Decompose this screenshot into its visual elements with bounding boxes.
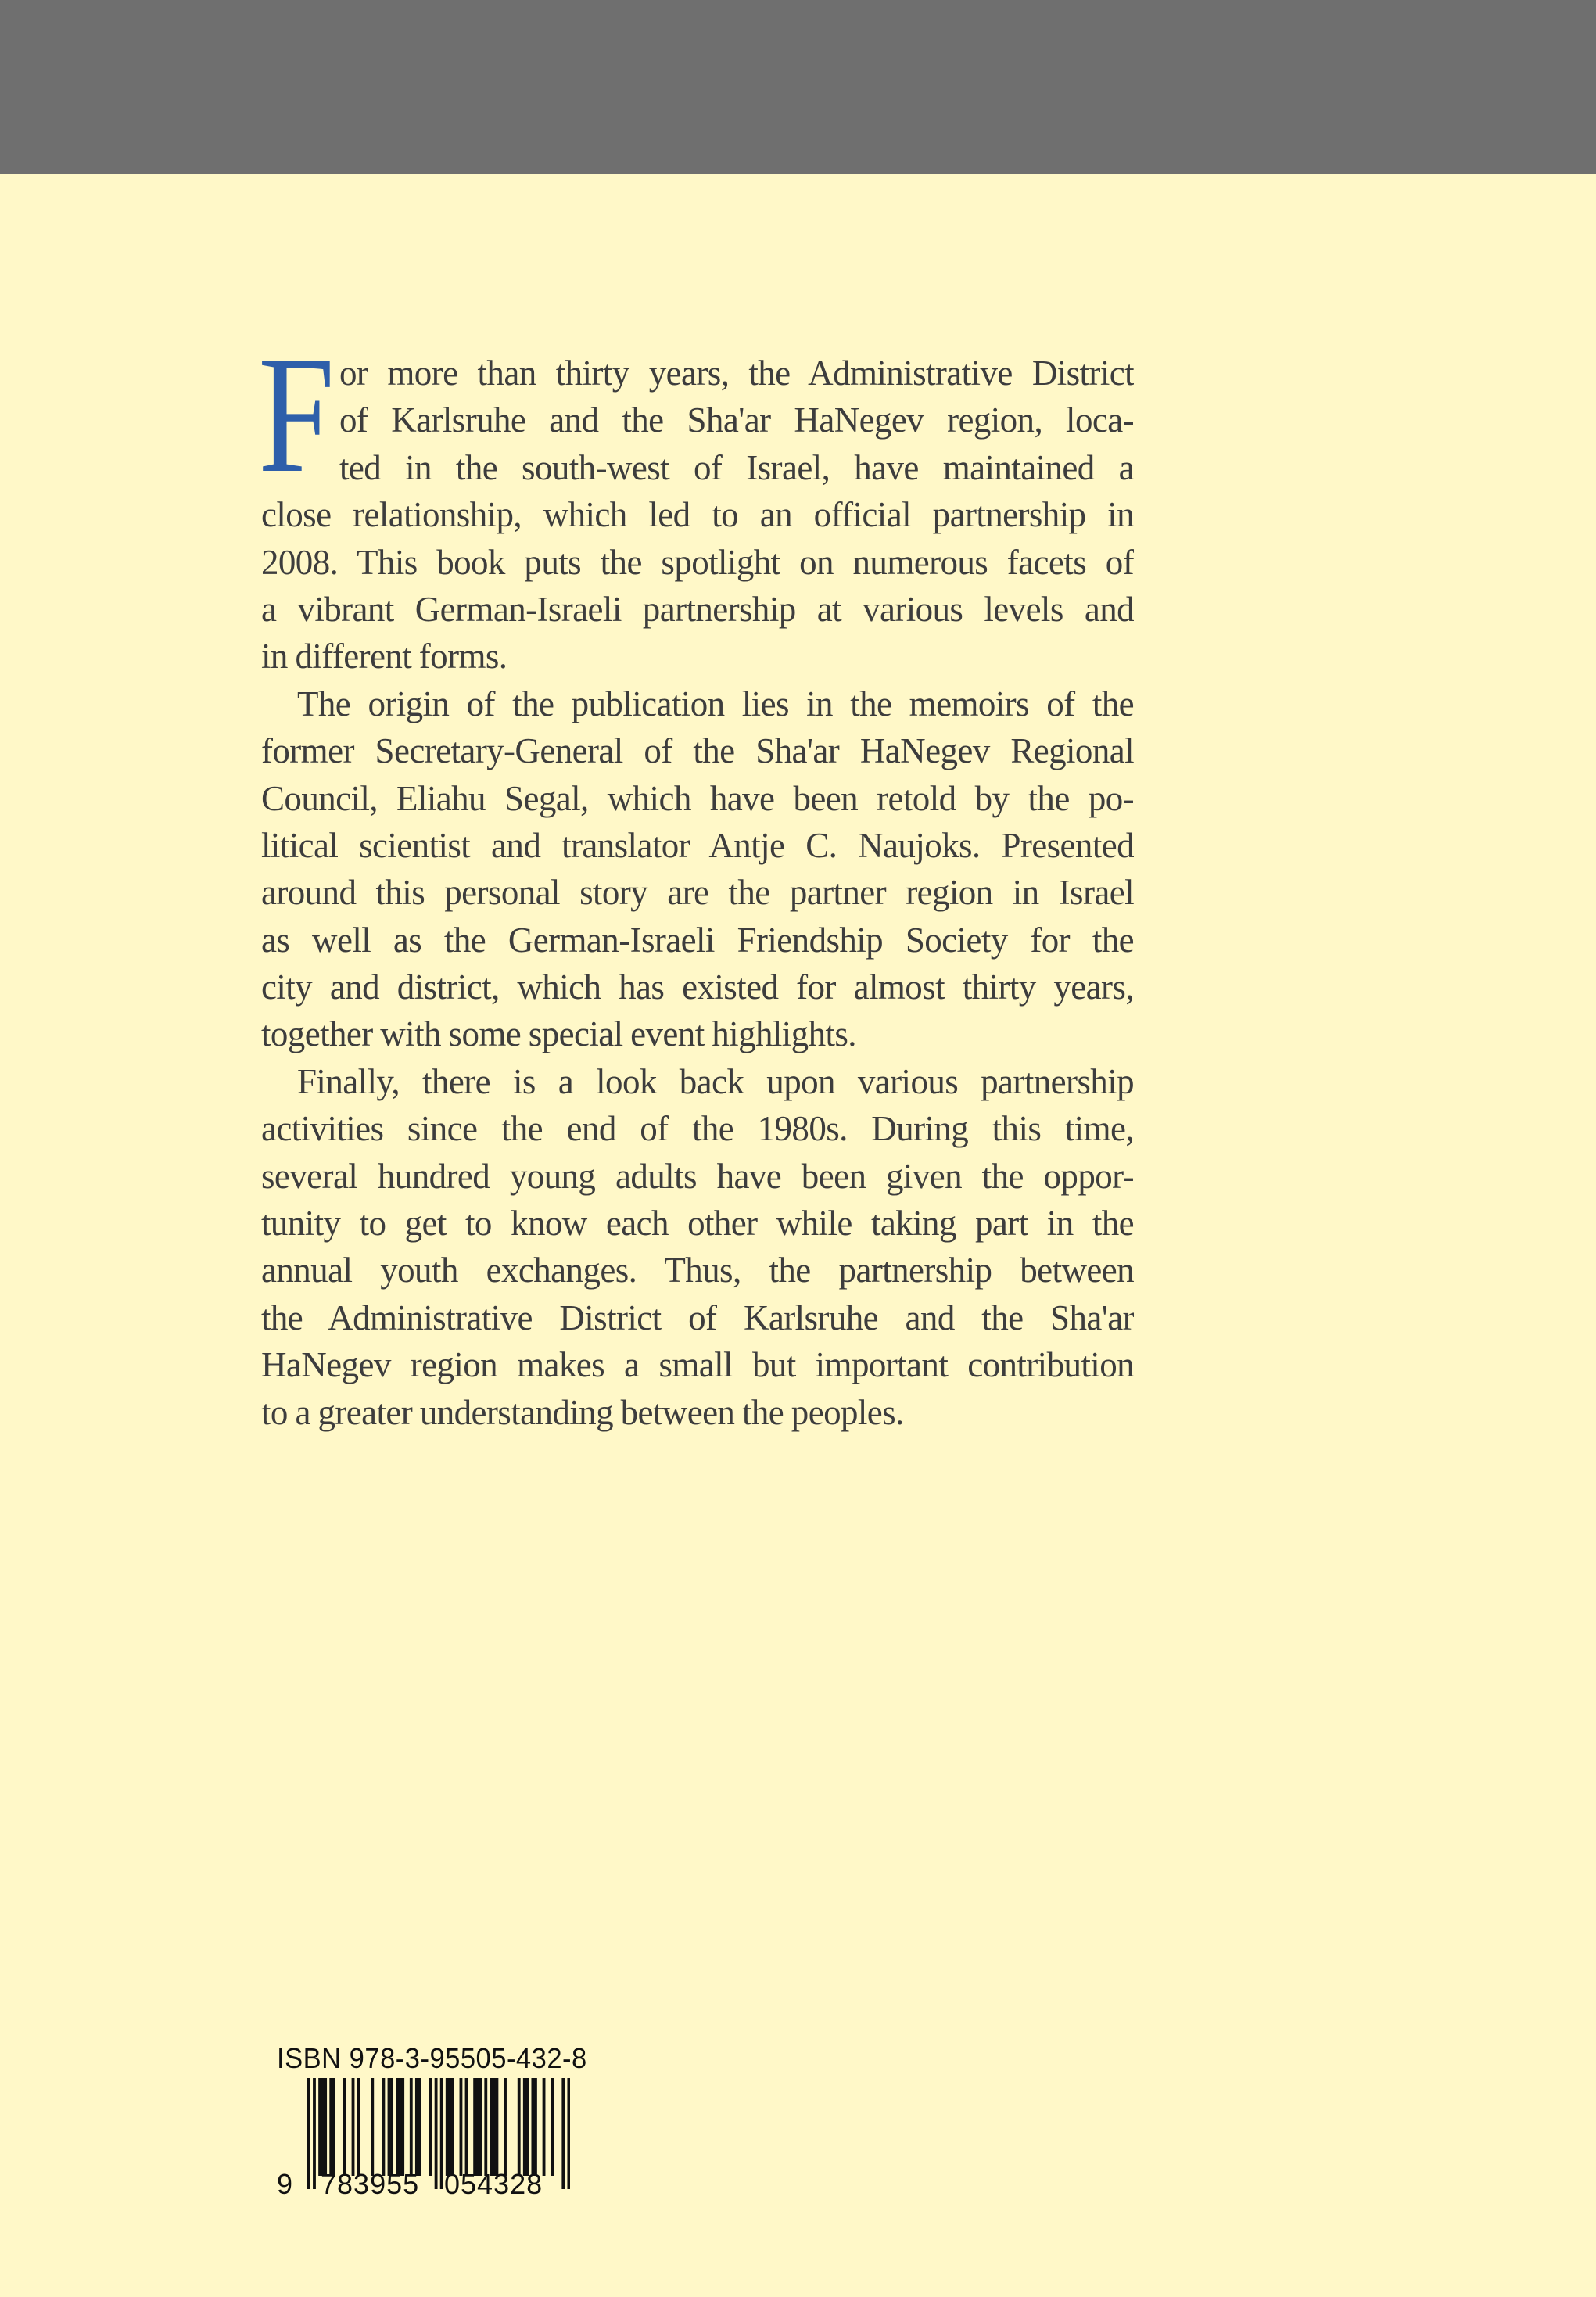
- barcode-digits-right: 054328: [444, 2170, 543, 2198]
- barcode-digits-left: 783955: [321, 2170, 419, 2198]
- blurb-line: of Karlsruhe and the Sha'ar HaNegev regi…: [261, 397, 1134, 443]
- blurb-line: together with some special event highlig…: [261, 1010, 1134, 1057]
- blurb-line: the Administrative District of Karlsruhe…: [261, 1294, 1134, 1341]
- blurb-line: or more than thirty years, the Administr…: [261, 350, 1134, 397]
- blurb-line: 2008. This book puts the spotlight on nu…: [261, 539, 1134, 586]
- top-gray-band: [0, 0, 1596, 174]
- blurb-line: Council, Eliahu Segal, which have been r…: [261, 775, 1134, 822]
- back-cover-blurb: or more than thirty years, the Administr…: [261, 350, 1134, 1436]
- blurb-line: a vibrant German-Israeli partnership at …: [261, 586, 1134, 633]
- blurb-line: former Secretary-General of the Sha'ar H…: [261, 727, 1134, 774]
- barcode-digit-first: 9: [277, 2170, 292, 2198]
- blurb-line: to a greater understanding between the p…: [261, 1389, 1134, 1436]
- blurb-line: The origin of the publication lies in th…: [261, 680, 1134, 727]
- blurb-line: close relationship, which led to an offi…: [261, 491, 1134, 538]
- blurb-line: around this personal story are the partn…: [261, 869, 1134, 916]
- blurb-line: annual youth exchanges. Thus, the partne…: [261, 1247, 1134, 1294]
- blurb-line: city and district, which has existed for…: [261, 964, 1134, 1010]
- blurb-line: Finally, there is a look back upon vario…: [261, 1058, 1134, 1105]
- blurb-line: litical scientist and translator Antje C…: [261, 822, 1134, 869]
- blurb-line: as well as the German-Israeli Friendship…: [261, 917, 1134, 964]
- isbn-label: ISBN 978-3-95505-432-8: [277, 2043, 587, 2074]
- drop-cap-letter: F: [258, 348, 335, 481]
- blurb-line: ted in the south-west of Israel, have ma…: [261, 444, 1134, 491]
- blurb-line: HaNegev region makes a small but importa…: [261, 1341, 1134, 1388]
- blurb-line: tunity to get to know each other while t…: [261, 1200, 1134, 1247]
- blurb-line: in different forms.: [261, 633, 1134, 680]
- blurb-line: activities since the end of the 1980s. D…: [261, 1105, 1134, 1152]
- blurb-line: several hundred young adults have been g…: [261, 1153, 1134, 1200]
